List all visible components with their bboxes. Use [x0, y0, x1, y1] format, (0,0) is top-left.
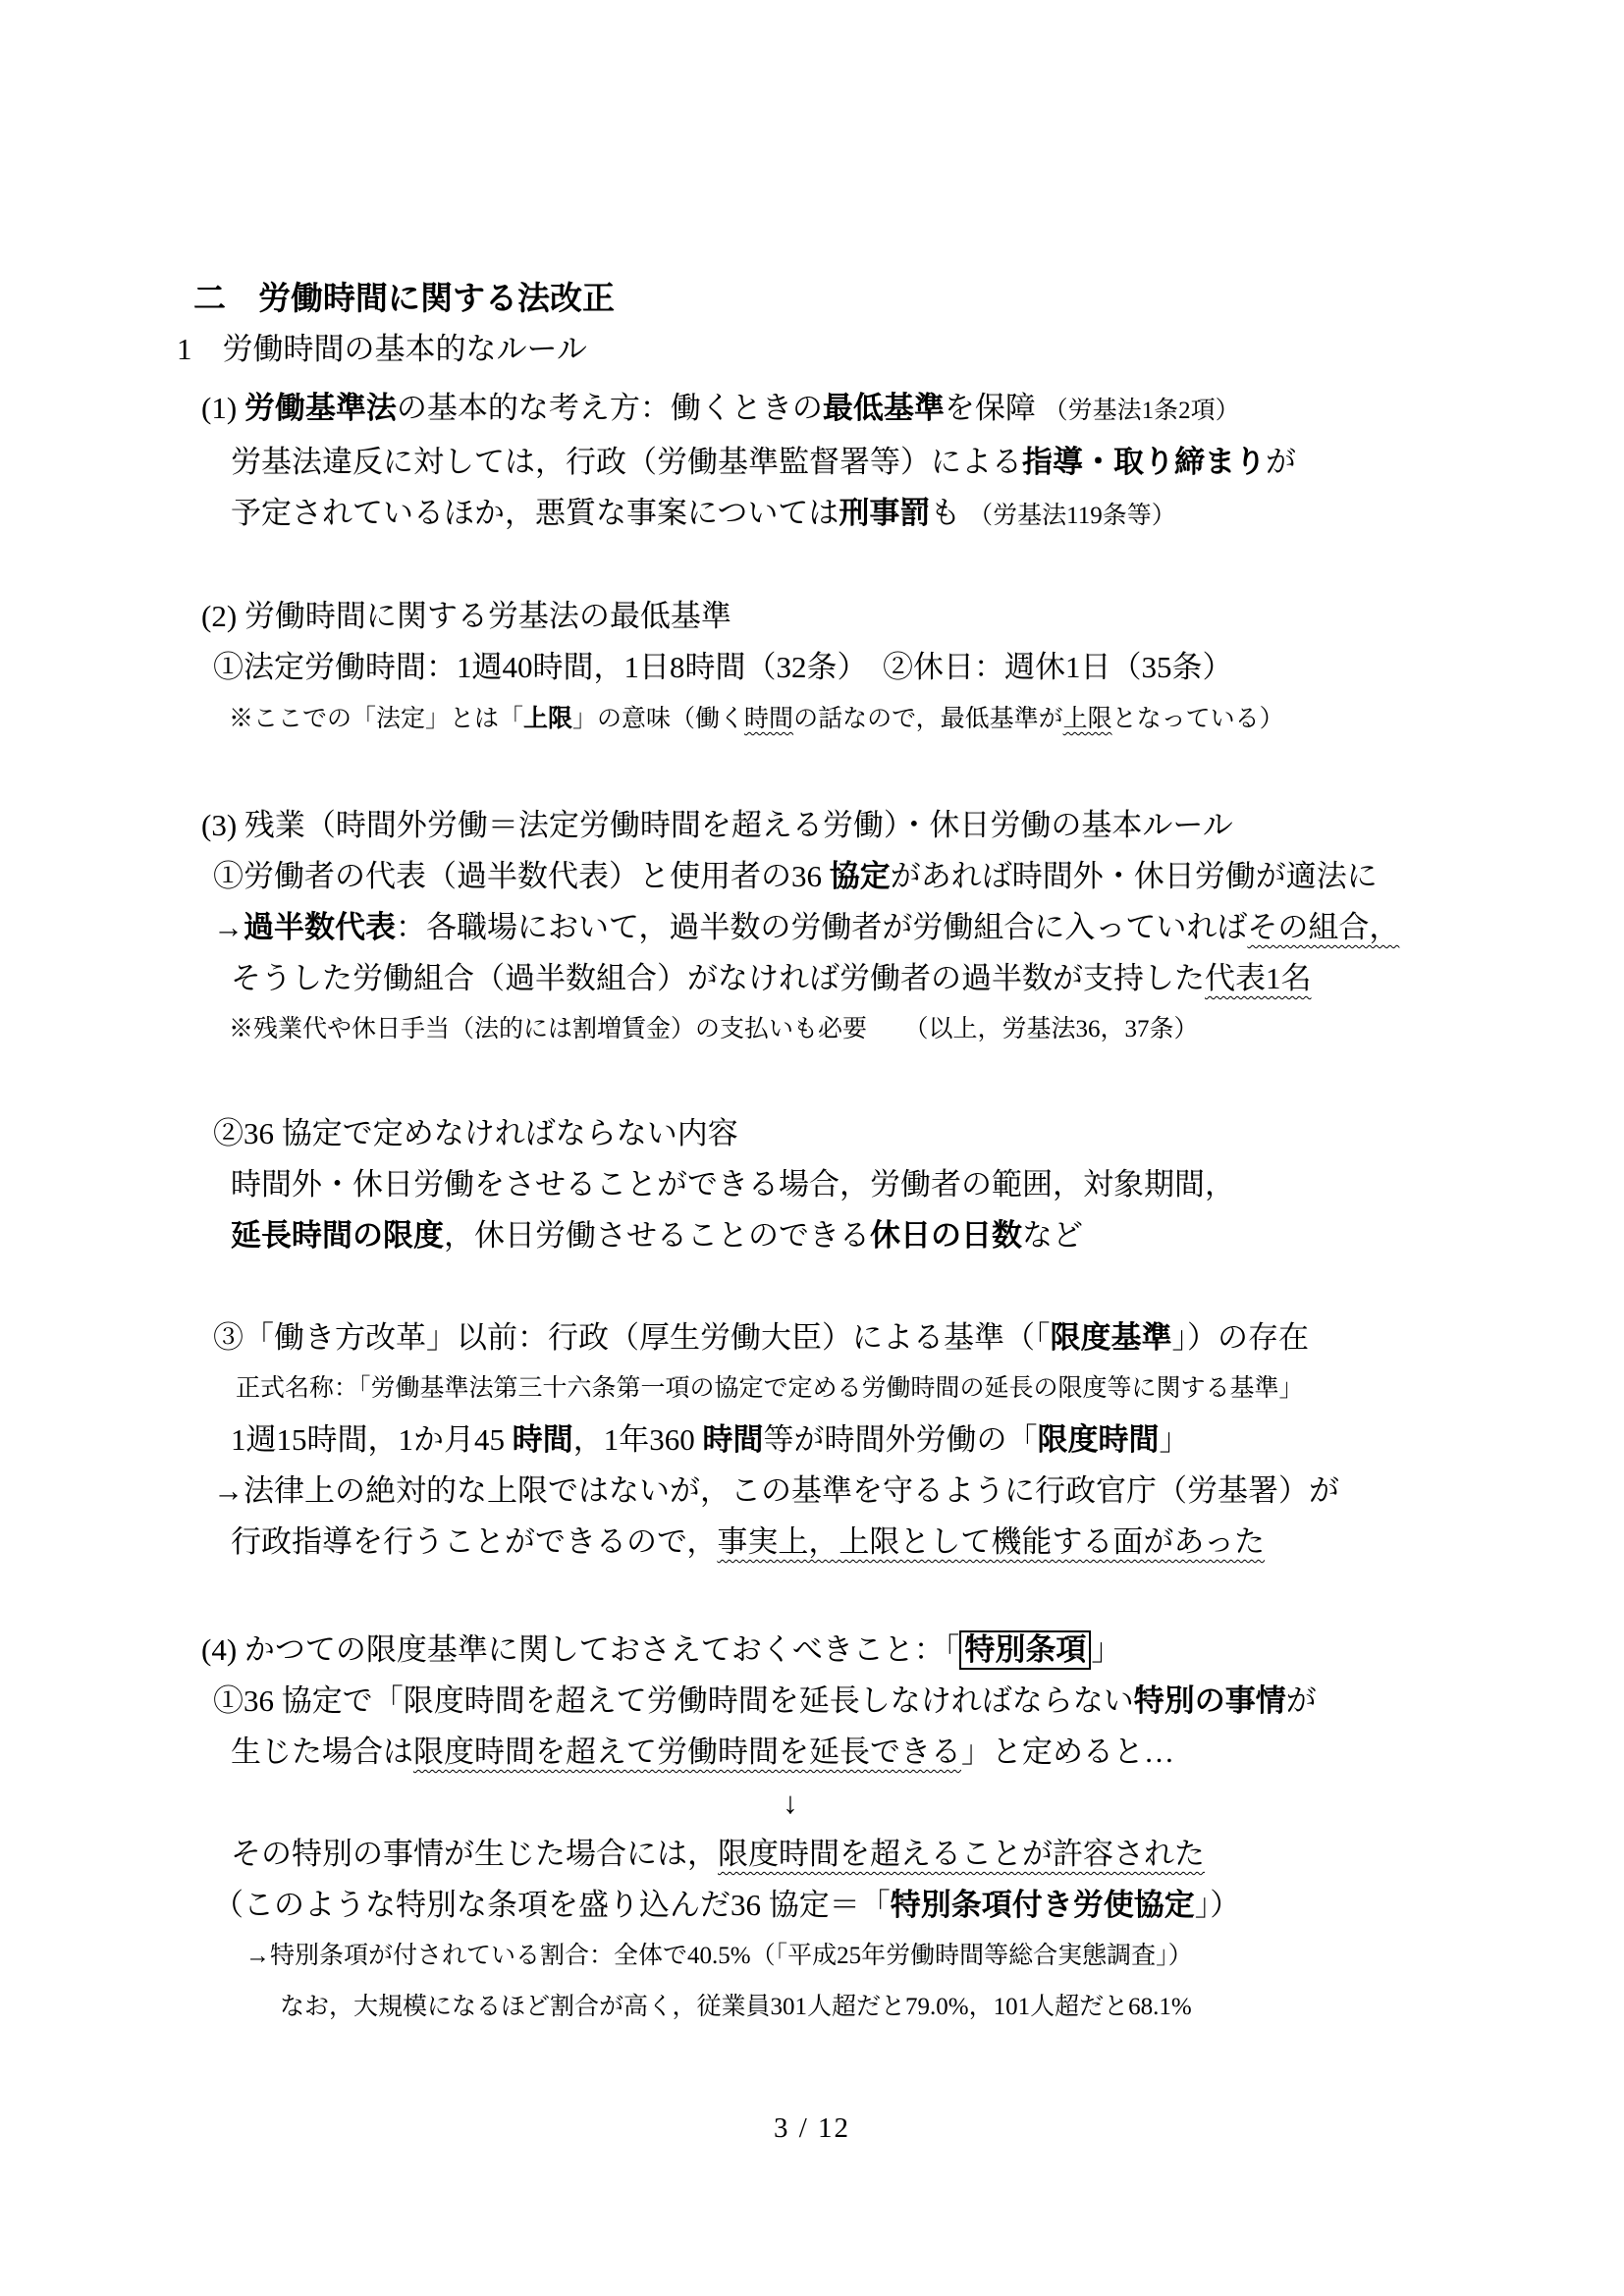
- text-run: ：各職場において，過半数の労働者が労働組合に入っていれば: [396, 910, 1247, 944]
- bold-term: 最低基準: [823, 391, 945, 425]
- s5-line3: 行政指導を行うことができるので，事実上，上限として機能する面があった: [231, 1517, 1565, 1568]
- wavy-underline-run: 上限: [1063, 706, 1112, 732]
- bold-term: 限度基準: [1051, 1320, 1172, 1355]
- s1-line1: (1) 労働基準法の基本的な考え方：働くときの最低基準を保障 （労基法1条2項）: [201, 383, 1565, 437]
- text-run: ①36 協定で「限度時間を超えて労働時間を延長しなければならない: [213, 1683, 1134, 1718]
- text-run: 等が時間外労働の「: [764, 1422, 1038, 1457]
- s6-line3: その特別の事情が生じた場合には，限度時間を超えることが許容された: [231, 1829, 1565, 1880]
- wavy-underline-run: 事実上，上限として機能する面があった: [717, 1524, 1265, 1559]
- wavy-underline-run: 時間: [744, 706, 793, 732]
- text-run: ※ここでの「法定」とは「: [229, 706, 523, 732]
- boxed-term: 特別条項: [959, 1630, 1091, 1670]
- text-run: 予定されているほか，悪質な事案については: [231, 496, 839, 530]
- bold-term: 上限: [523, 705, 572, 732]
- bold-term: 労働基準法: [244, 391, 397, 425]
- text-run: など: [1022, 1218, 1083, 1253]
- text-run: 」: [1091, 1632, 1121, 1667]
- s2-note: ※ここでの「法定」とは「上限」の意味（働く時間の話なので，最低基準が上限となって…: [229, 693, 1565, 745]
- s6-note2: なお，大規模になるほど割合が高く，従業員301人超だと79.0%，101人超だと…: [280, 1982, 1565, 2033]
- section-5: ③「働き方改革」以前：行政（厚生労働大臣）による基準（「限度基準」）の存在 正式…: [177, 1312, 1565, 1568]
- bold-term: 延長時間の限度: [231, 1218, 444, 1253]
- bold-term: 刑事罰: [839, 496, 930, 530]
- text-run: の基本的な考え方：働くときの: [397, 391, 823, 425]
- text-run: 」）: [1195, 1888, 1241, 1922]
- s3-note: ※残業代や休日手当（法的には割増賃金）の支払いも必要 （以上，労基法36，37条…: [229, 1004, 1565, 1055]
- s3-line1: ①労働者の代表（過半数代表）と使用者の36 協定があれば時間外・休日労働が適法に: [213, 851, 1565, 902]
- text-run: 」と定めると…: [961, 1735, 1174, 1769]
- down-arrow: ↓: [177, 1778, 1404, 1829]
- text-run: が: [1286, 1683, 1317, 1718]
- s5-line2: →法律上の絶対的な上限ではないが，この基準を守るように行政官庁（労基署）が: [213, 1466, 1565, 1517]
- s1-line3: 予定されているほか，悪質な事案については刑事罰も （労基法119条等）: [231, 488, 1565, 542]
- s5-line1: 1週15時間，1か月45 時間，1年360 時間等が時間外労働の「限度時間」: [231, 1415, 1565, 1466]
- s1-line2: 労基法違反に対しては，行政（労働基準監督署等）による指導・取り締まりが: [231, 437, 1565, 488]
- s5-note: 正式名称：「労働基準法第三十六条第一項の協定で定める労働時間の延長の限度等に関す…: [236, 1363, 1565, 1415]
- page-number: 3 / 12: [0, 2112, 1624, 2145]
- text-run: ①労働者の代表（過半数代表）と使用者の36: [213, 859, 830, 893]
- bold-term: 特別の事情: [1134, 1683, 1286, 1718]
- s4-line2: 延長時間の限度，休日労働させることのできる休日の日数など: [231, 1210, 1565, 1261]
- bold-term: 指導・取り締まり: [1022, 445, 1266, 479]
- bold-term: 協定: [830, 859, 891, 893]
- s6-line2: 生じた場合は限度時間を超えて労働時間を延長できる」と定めると…: [231, 1727, 1565, 1778]
- text-run: (1): [201, 391, 244, 425]
- s6-note1: →特別条項が付されている割合：全体で40.5%（「平成25年労働時間等総合実態調…: [245, 1931, 1565, 1982]
- wavy-underline-run: 代表1名: [1205, 961, 1312, 995]
- s3-line2: →過半数代表：各職場において，過半数の労働者が労働組合に入っていればその組合，: [213, 902, 1565, 953]
- text-run: があれば時間外・休日労働が適法に: [891, 859, 1378, 893]
- text-run: を保障: [945, 391, 1044, 425]
- text-run: ，休日労働させることのできる: [444, 1218, 870, 1253]
- section-6: (4) かつての限度基準に関しておさえておくべきこと：「特別条項」 ①36 協定…: [177, 1625, 1565, 2033]
- text-run: 」: [1160, 1422, 1190, 1457]
- section-4: ②36 協定で定めなければならない内容 時間外・休日労働をさせることができる場合…: [177, 1108, 1565, 1261]
- law-reference: （労基法1条2項）: [1044, 398, 1240, 424]
- document-body: 二 労働時間に関する法改正 1 労働時間の基本的なルール (1) 労働基準法の基…: [0, 0, 1624, 2033]
- doc-title: 二 労働時間に関する法改正: [193, 273, 1565, 324]
- s4-head: ②36 協定で定めなければならない内容: [213, 1108, 1565, 1159]
- section-1: (1) 労働基準法の基本的な考え方：働くときの最低基準を保障 （労基法1条2項）…: [177, 383, 1565, 542]
- text-run: ，1年360: [573, 1422, 703, 1457]
- s6-line1: ①36 協定で「限度時間を超えて労働時間を延長しなければならない特別の事情が: [213, 1676, 1565, 1727]
- text-run: 」）の存在: [1172, 1320, 1310, 1355]
- text-run: 生じた場合は: [231, 1735, 413, 1769]
- text-run: そうした労働組合（過半数組合）がなければ労働者の過半数が支持した: [231, 961, 1205, 995]
- s6-line4: （このような特別な条項を盛り込んだ36 協定＝「特別条項付き労使協定」）: [213, 1880, 1565, 1931]
- text-run: 行政指導を行うことができるので，: [231, 1524, 717, 1559]
- main-heading: 1 労働時間の基本的なルール: [177, 324, 1565, 375]
- wavy-underline-run: 限度時間を超えることが許容された: [718, 1837, 1205, 1871]
- bold-term: 時間: [703, 1422, 764, 1457]
- text-run: その特別の事情が生じた場合には，: [231, 1837, 718, 1871]
- s4-line1: 時間外・休日労働をさせることができる場合，労働者の範囲，対象期間，: [231, 1159, 1565, 1210]
- text-run: の話なので，最低基準が: [793, 706, 1063, 732]
- s3-head: (3) 残業（時間外労働＝法定労働時間を超える労働）・休日労働の基本ルール: [201, 800, 1565, 851]
- text-run: （このような特別な条項を盛り込んだ36 協定＝「: [213, 1888, 891, 1922]
- bold-term: 特別条項付き労使協定: [891, 1888, 1195, 1922]
- document-page: 二 労働時間に関する法改正 1 労働時間の基本的なルール (1) 労働基準法の基…: [0, 0, 1624, 2296]
- bold-term: 過半数代表: [244, 910, 396, 944]
- arrow-run: →: [213, 910, 244, 944]
- text-run: 労基法違反に対しては，行政（労働基準監督署等）による: [231, 445, 1022, 479]
- s2-head: (2) 労働時間に関する労基法の最低基準: [201, 591, 1565, 642]
- bold-term: 休日の日数: [870, 1218, 1022, 1253]
- wavy-underline-run: 限度時間を超えて労働時間を延長できる: [413, 1735, 961, 1769]
- s2-line1: ①法定労働時間：1週40時間，1日8時間（32条） ②休日：週休1日（35条）: [213, 642, 1565, 693]
- law-reference: （労基法119条等）: [968, 503, 1176, 529]
- bold-term: 限度時間: [1038, 1422, 1160, 1457]
- text-run: となっている）: [1112, 706, 1284, 732]
- bold-term: 時間: [513, 1422, 573, 1457]
- text-run: (4) かつての限度基準に関しておさえておくべきこと：「: [201, 1632, 959, 1667]
- s5-head: ③「働き方改革」以前：行政（厚生労働大臣）による基準（「限度基準」）の存在: [213, 1312, 1565, 1363]
- s6-head: (4) かつての限度基準に関しておさえておくべきこと：「特別条項」: [201, 1625, 1565, 1676]
- wavy-underline-run: その組合，: [1247, 910, 1399, 944]
- text-run: が: [1266, 445, 1296, 479]
- section-2: (2) 労働時間に関する労基法の最低基準 ①法定労働時間：1週40時間，1日8時…: [177, 591, 1565, 745]
- text-run: 」の意味（働く: [572, 706, 744, 732]
- text-run: も: [930, 496, 968, 530]
- s3-line3: そうした労働組合（過半数組合）がなければ労働者の過半数が支持した代表1名: [231, 953, 1565, 1004]
- section-3: (3) 残業（時間外労働＝法定労働時間を超える労働）・休日労働の基本ルール ①労…: [177, 800, 1565, 1055]
- text-run: 1週15時間，1か月45: [231, 1422, 513, 1457]
- text-run: ③「働き方改革」以前：行政（厚生労働大臣）による基準（「: [213, 1320, 1051, 1355]
